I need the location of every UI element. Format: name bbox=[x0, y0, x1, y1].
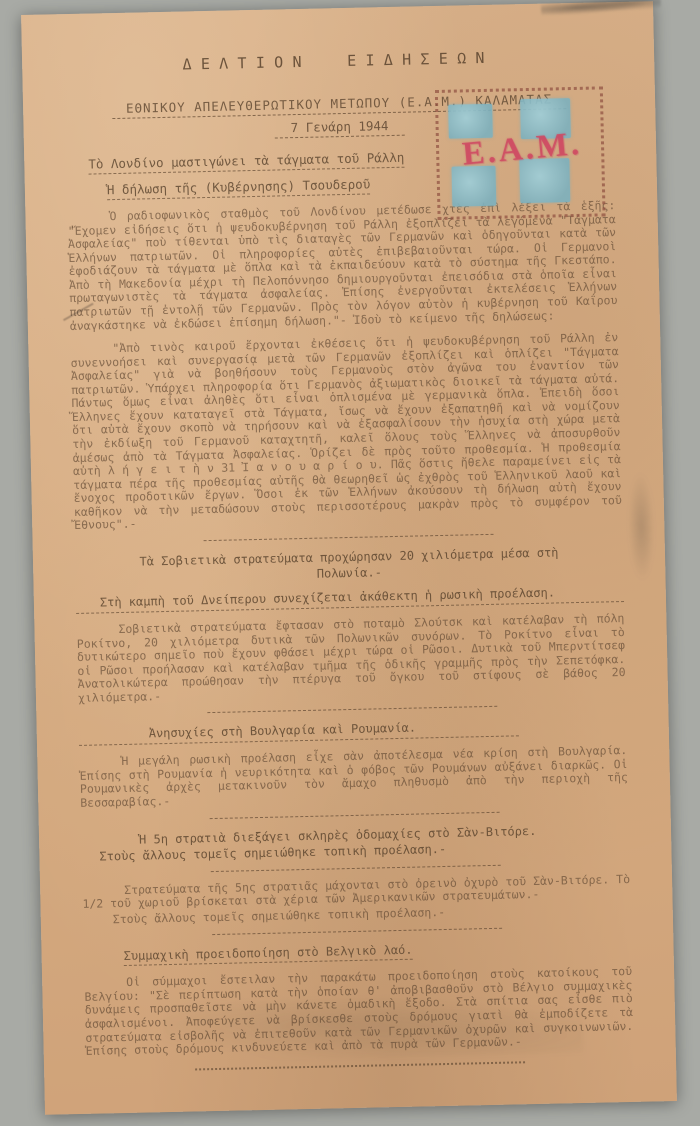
bulletin-title: ΔΕΛΤΙΟΝ ΕΙΔΗΣΕΩΝ bbox=[64, 46, 612, 76]
article-paragraph-declaration: "Ἀπὸ τινὸς καιροῦ ἔρχονται ἐκθέσεις ὅτι … bbox=[70, 331, 622, 533]
soviet-body: Σοβιετικὰ στρατεύματα ἔφτασαν στὸ ποταμὸ… bbox=[76, 612, 626, 705]
scan-background: ΔΕΛΤΙΟΝ ΕΙΔΗΣΕΩΝ ΕΘΝΙΚΟΥ ΑΠΕΛΕΥΘΕΡΩΤΙΚΟΥ… bbox=[0, 0, 700, 1126]
document-page: ΔΕΛΤΙΟΝ ΕΙΔΗΣΕΩΝ ΕΘΝΙΚΟΥ ΑΠΕΛΕΥΘΕΡΩΤΙΚΟΥ… bbox=[21, 1, 677, 1115]
belgium-heading-text: Συμμαχικὴ προειδοποίηση στὸ Βελγικὸ λαό. bbox=[123, 943, 412, 966]
section-divider bbox=[204, 534, 494, 541]
section-divider bbox=[211, 864, 501, 871]
final-divider bbox=[195, 1061, 525, 1070]
ink-smudge bbox=[541, 0, 662, 18]
section-divider bbox=[207, 706, 497, 713]
belgium-body: Οἱ σύμμαχοι ἔστειλαν τὴν παρακάτω προειδ… bbox=[84, 965, 634, 1058]
headline-london-text: Τὸ Λονδίνο μαστιγώνει τὰ τάγματα τοῦ Ράλ… bbox=[88, 150, 404, 175]
balkans-body: Ἡ μεγάλη ρωσικὴ προέλαση εἶχε σὰν ἀποτέλ… bbox=[79, 744, 628, 810]
eam-rubber-stamp: Ε.Α.Μ. bbox=[435, 86, 606, 220]
section-divider bbox=[212, 928, 502, 935]
headline-declaration-text: Ἡ δήλωση τῆς (Κυβέρνησης) Τσουδεροῦ bbox=[107, 176, 371, 200]
article-paragraph-radio: Ὁ ραδιοφωνικὸς σταθμὸς τοῦ Λονδίνου μετέ… bbox=[67, 199, 618, 333]
pencil-smudge bbox=[627, 471, 655, 582]
soviet-heading-line2: Στὴ καμπὴ τοῦ Δνείπερου συνεχίζεται ἀκάθ… bbox=[100, 584, 624, 609]
section-divider bbox=[210, 811, 500, 818]
belgium-heading: Συμμαχικὴ προειδοποίηση στὸ Βελγικὸ λαό. bbox=[123, 938, 631, 966]
date-line: 7 Γενάρη 1944 bbox=[275, 118, 405, 139]
balkans-heading: Ἀνησυχίες στὴ Βουλγαρία καὶ Ρουμανία. bbox=[149, 716, 627, 740]
